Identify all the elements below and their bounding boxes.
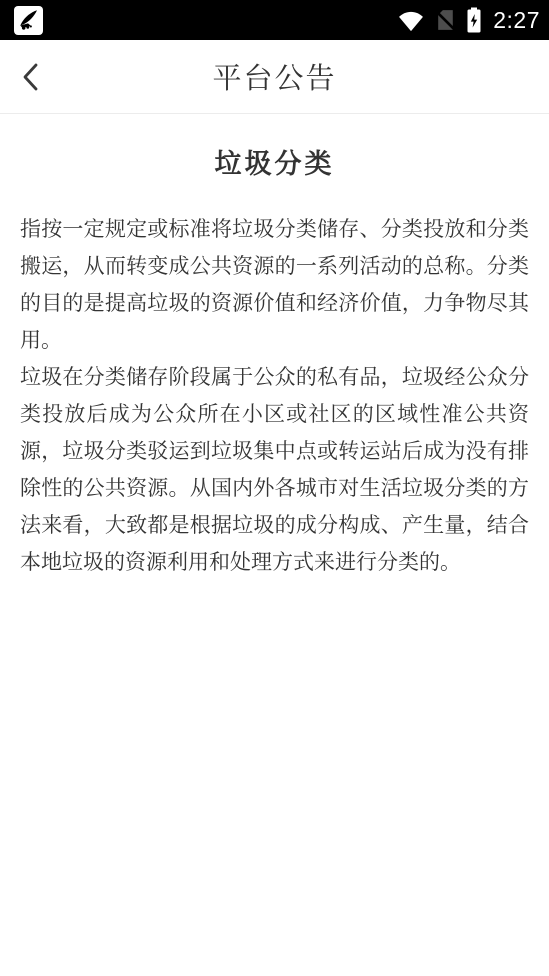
app-notification-badge [14,6,43,35]
article-title: 垃圾分类 [20,142,529,181]
back-chevron-icon [20,61,42,93]
article-paragraph: 指按一定规定或标准将垃圾分类储存、分类投放和分类搬运，从而转变成公共资源的一系列… [20,211,529,359]
no-sim-icon [433,7,458,33]
bird-app-logo-icon [16,8,41,33]
wifi-icon [397,9,425,32]
page-header: 平台公告 [0,40,549,114]
article-paragraph: 垃圾在分类储存阶段属于公众的私有品，垃圾经公众分类投放后成为公众所在小区或社区的… [20,359,529,581]
back-button[interactable] [16,55,56,99]
page-title: 平台公告 [212,56,336,97]
status-bar: 2:27 [0,0,549,40]
article-body: 指按一定规定或标准将垃圾分类储存、分类投放和分类搬运，从而转变成公共资源的一系列… [20,211,529,581]
battery-charging-icon [466,7,482,33]
announcement-article: 垃圾分类 指按一定规定或标准将垃圾分类储存、分类投放和分类搬运，从而转变成公共资… [0,142,549,581]
status-bar-time: 2:27 [493,9,540,32]
